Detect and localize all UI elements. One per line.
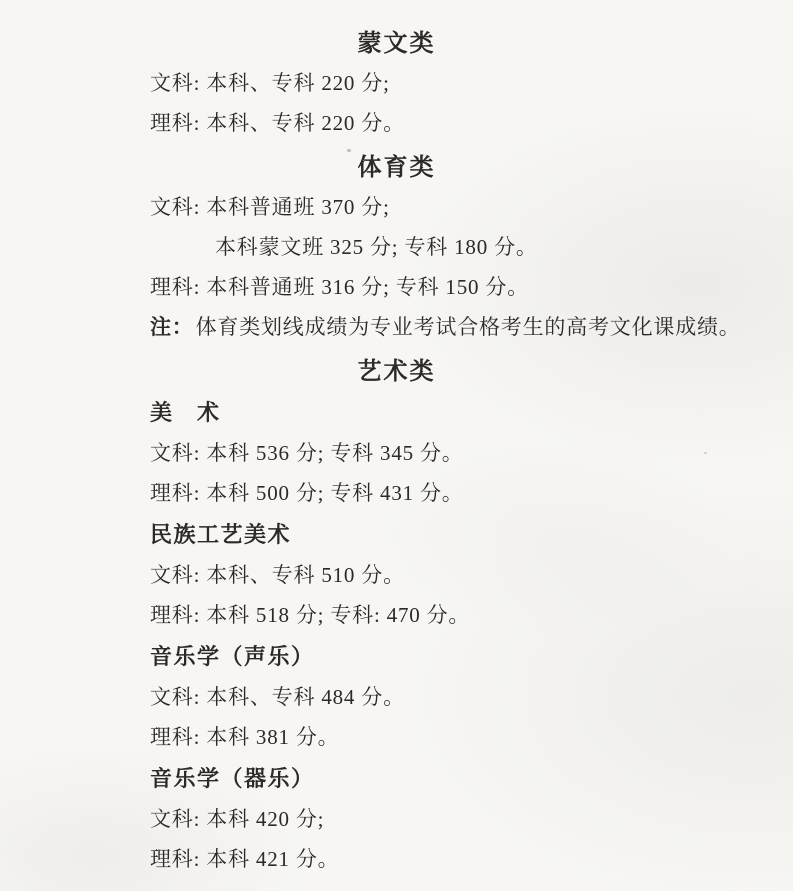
score-line: 理科: 本科 500 分; 专科 431 分。 [0,472,793,512]
subsection-title-music-vocal: 音乐学（声乐） [0,634,793,676]
score-line: 文科: 本科、专科 510 分。 [0,554,793,594]
score-line: 理科: 本科 421 分。 [0,838,793,878]
score-line: 理科: 本科 381 分。 [0,716,793,756]
note-line: 注： 体育类划线成绩为专业考试合格考生的高考文化课成绩。 [0,306,793,346]
subsection-title-fine-arts: 美 术 [0,390,793,432]
category-heading-arts: 艺术类 [0,346,793,390]
note-label: 注： [150,311,194,341]
score-line: 文科: 本科 420 分; [0,798,793,838]
note-text: 体育类划线成绩为专业考试合格考生的高考文化课成绩。 [196,311,741,341]
subsection-title-music-instrumental: 音乐学（器乐） [0,756,793,798]
score-line: 理科: 本科 518 分; 专科: 470 分。 [0,594,793,634]
category-heading-sports: 体育类 [0,142,793,186]
score-line: 文科: 本科、专科 484 分。 [0,676,793,716]
score-line: 文科: 本科、专科 220 分; [0,62,793,102]
category-heading-mongolian: 蒙文类 [0,18,793,62]
score-line: 文科: 本科普通班 370 分; [0,186,793,226]
subsection-title-ethnic-crafts: 民族工艺美术 [0,512,793,554]
scanned-document: 蒙文类 文科: 本科、专科 220 分; 理科: 本科、专科 220 分。 体育… [0,0,793,878]
score-line: 理科: 本科普通班 316 分; 专科 150 分。 [0,266,793,306]
score-line: 文科: 本科 536 分; 专科 345 分。 [0,432,793,472]
score-line-continuation: 本科蒙文班 325 分; 专科 180 分。 [0,226,793,266]
score-line: 理科: 本科、专科 220 分。 [0,102,793,142]
